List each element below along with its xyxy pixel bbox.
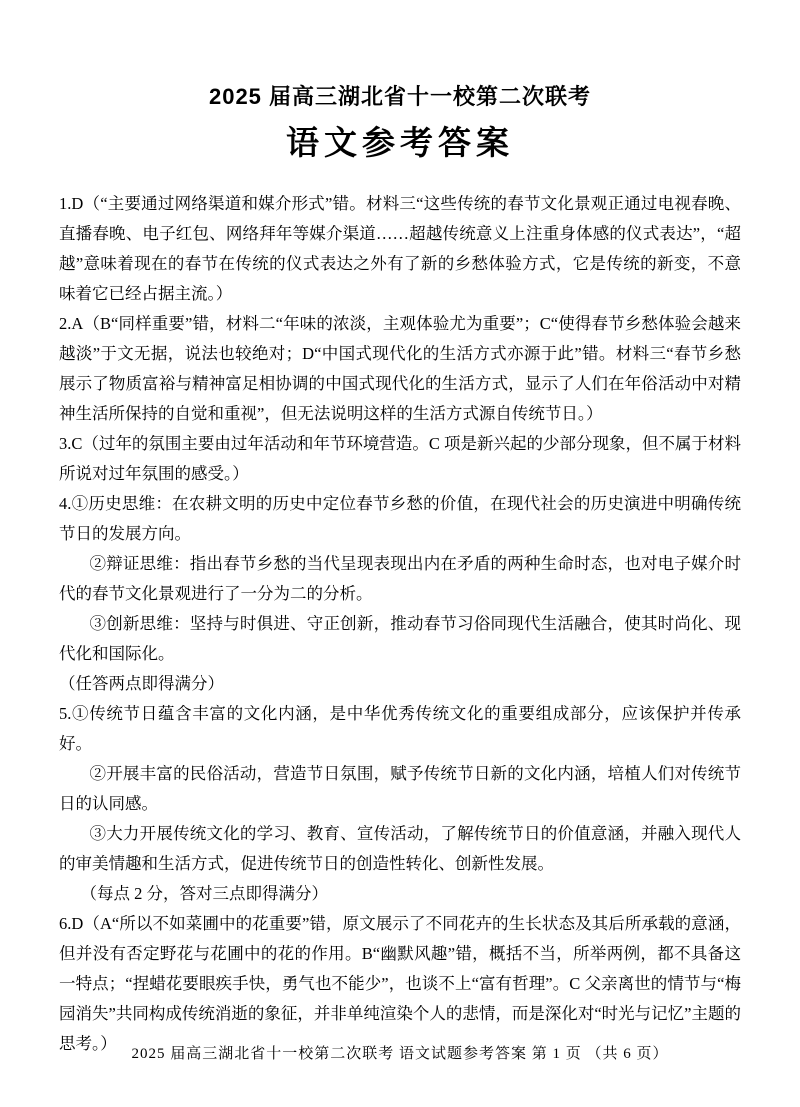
answer-q5-point1: 5.①传统节日蕴含丰富的文化内涵，是中华优秀传统文化的重要组成部分，应该保护并传…: [59, 699, 741, 759]
answer-q4-point1: 4.①历史思维：在农耕文明的历史中定位春节乡愁的价值，在现代社会的历史演进中明确…: [59, 489, 741, 549]
subject-title: 语文参考答案: [0, 124, 800, 164]
footer-text: 2025 届高三湖北省十一校第二次联考 语文试题参考答案 第 1 页 （共 6 …: [131, 1046, 668, 1062]
document-page: 2025 届高三湖北省十一校第二次联考 语文参考答案 1.D（“主要通过网络渠道…: [0, 0, 800, 1107]
answer-q4-point3: ③创新思维：坚持与时俱进、守正创新，推动春节习俗同现代生活融合，使其时尚化、现代…: [59, 609, 741, 669]
answer-q5-point3: ③大力开展传统文化的学习、教育、宣传活动，了解传统节日的价值意涵，并融入现代人的…: [59, 819, 741, 879]
answer-q1: 1.D（“主要通过网络渠道和媒介形式”错。材料三“这些传统的春节文化景观正通过电…: [59, 189, 741, 309]
answer-q2: 2.A（B“同样重要”错，材料二“年味的浓淡，主观体验尤为重要”；C“使得春节乡…: [59, 309, 741, 429]
answer-q3: 3.C（过年的氛围主要由过年活动和年节环境营造。C 项是新兴起的少部分现象，但不…: [59, 429, 741, 489]
answer-q5-scoring-note: （每点 2 分，答对三点即得满分）: [59, 879, 741, 909]
page-footer: 2025 届高三湖北省十一校第二次联考 语文试题参考答案 第 1 页 （共 6 …: [0, 1042, 800, 1063]
answers-section: 1.D（“主要通过网络渠道和媒介形式”错。材料三“这些传统的春节文化景观正通过电…: [59, 189, 741, 1059]
answer-q4-scoring-note: （任答两点即得满分）: [59, 669, 741, 699]
exam-title: 2025 届高三湖北省十一校第二次联考: [0, 0, 800, 110]
answer-q4-point2: ②辩证思维：指出春节乡愁的当代呈现表现出内在矛盾的两种生命时态，也对电子媒介时代…: [59, 549, 741, 609]
answer-q5-point2: ②开展丰富的民俗活动，营造节日氛围，赋予传统节日新的文化内涵，培植人们对传统节日…: [59, 759, 741, 819]
answer-q6: 6.D（A“所以不如菜圃中的花重要”错，原文展示了不同花卉的生长状态及其后所承载…: [59, 909, 741, 1059]
document-header: 2025 届高三湖北省十一校第二次联考 语文参考答案: [0, 0, 800, 164]
